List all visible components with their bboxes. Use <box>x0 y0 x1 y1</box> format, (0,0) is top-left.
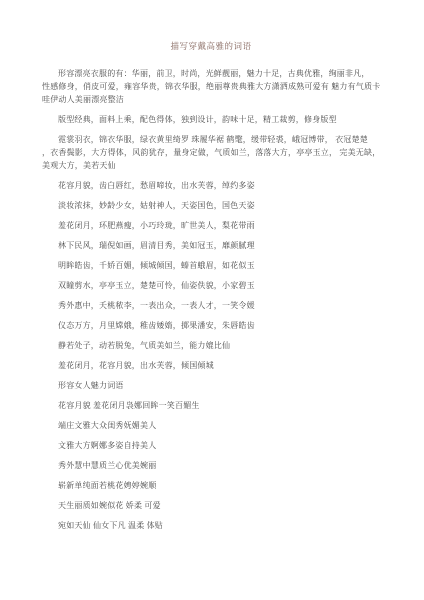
paragraph: 林下民风，瑞倪如画，眉清目秀，美如冠玉，靡颜腻理 <box>42 239 380 252</box>
text-line: 仪态万方，月里嫦娥，稚齿婑媠，掷果潘安，朱唇皓齿 <box>42 319 380 332</box>
text-line: 双瞳剪水，亭亭玉立，楚楚可怜，仙姿佚貌，小家碧玉 <box>42 279 380 292</box>
paragraph: 羞花闭月，花容月貌，出水芙蓉，倾国倾城 <box>42 359 380 372</box>
paragraph: 明眸皓齿，千娇百媚，倾城倾国，螓首蛾眉，如花似玉 <box>42 259 380 272</box>
paragraph: 双瞳剪水，亭亭玉立，楚楚可怜，仙姿佚貌，小家碧玉 <box>42 279 380 292</box>
paragraph: 端庄文雅大众闺秀妩媚美人 <box>42 419 380 432</box>
text-line: 秀外惠中，夭桃秾李，一表出众，一表人才，一笑令媛 <box>42 299 380 312</box>
text-line: 秀外慧中慧质兰心优美婉丽 <box>42 459 380 472</box>
text-line: 哇伊动人美丽漂亮整洁 <box>42 93 380 106</box>
text-line: 宛如天仙 仙女下凡 温柔 体贴 <box>42 519 380 532</box>
text-line: 性感修身，俏皮可爱，雍容华贵，锦衣华服，绝丽尊贵典雅大方潇洒成熟可爱有 魅力有气… <box>42 80 380 93</box>
paragraph: 羞花闭月，环肥燕瘦，小巧玲珑，旷世美人，梨花带雨 <box>42 219 380 232</box>
text-line: 形容女人魅力词语 <box>42 379 380 392</box>
text-line: 崭新单纯面若桃花娉婷婉顺 <box>42 479 380 492</box>
document-body: 形容漂亮衣服的有：华丽，前卫，时尚，光鲜靓丽，魅力十足，古典优雅，绚丽非凡，性感… <box>42 67 380 532</box>
text-line: 花容月貌，齿白唇红，愁眉啼妆，出水芙蓉，绰约多姿 <box>42 179 380 192</box>
document-page: 描写穿戴高雅的词语 形容漂亮衣服的有：华丽，前卫，时尚，光鲜靓丽，魅力十足，古典… <box>0 0 424 600</box>
text-line: 形容漂亮衣服的有：华丽，前卫，时尚，光鲜靓丽，魅力十足，古典优雅，绚丽非凡， <box>42 67 380 80</box>
paragraph: 秀外惠中，夭桃秾李，一表出众，一表人才，一笑令媛 <box>42 299 380 312</box>
paragraph: 淡妆浓抹，妙龄少女，姑射神人，天姿国色，国色天姿 <box>42 199 380 212</box>
text-line: 天生丽质如婉似花 娇柔 可爱 <box>42 499 380 512</box>
paragraph: 花容月貌，齿白唇红，愁眉啼妆，出水芙蓉，绰约多姿 <box>42 179 380 192</box>
paragraph: 静若处子，动若脱兔，气质美如兰，能力媲比仙 <box>42 339 380 352</box>
text-line: 美观大方，美若天仙 <box>42 159 380 172</box>
paragraph: 版型经典，面料上乘，配色得体，独到设计，韵味十足，精工裁剪，修身版型 <box>42 113 380 126</box>
paragraph: 霓裳羽衣，锦衣华服，绿衣黄里绮罗 珠履华裾 鹤氅，缓带轻裘，峨冠博带， 衣冠楚楚… <box>42 133 380 172</box>
paragraph: 形容女人魅力词语 <box>42 379 380 392</box>
paragraph: 花容月貌 羞花闭月袅娜回眸一笑百媚生 <box>42 399 380 412</box>
text-line: 明眸皓齿，千娇百媚，倾城倾国，螓首蛾眉，如花似玉 <box>42 259 380 272</box>
text-line: 林下民风，瑞倪如画，眉清目秀，美如冠玉，靡颜腻理 <box>42 239 380 252</box>
text-line: 羞花闭月，花容月貌，出水芙蓉，倾国倾城 <box>42 359 380 372</box>
text-line: 端庄文雅大众闺秀妩媚美人 <box>42 419 380 432</box>
text-line: ，衣香鬓影，大方得体，风韵犹存，量身定做，气质如兰，落落大方，亭亭玉立， 完美无… <box>42 146 380 159</box>
paragraph: 形容漂亮衣服的有：华丽，前卫，时尚，光鲜靓丽，魅力十足，古典优雅，绚丽非凡，性感… <box>42 67 380 106</box>
text-line: 版型经典，面料上乘，配色得体，独到设计，韵味十足，精工裁剪，修身版型 <box>42 113 380 126</box>
text-line: 霓裳羽衣，锦衣华服，绿衣黄里绮罗 珠履华裾 鹤氅，缓带轻裘，峨冠博带， 衣冠楚楚 <box>42 133 380 146</box>
text-line: 淡妆浓抹，妙龄少女，姑射神人，天姿国色，国色天姿 <box>42 199 380 212</box>
text-line: 静若处子，动若脱兔，气质美如兰，能力媲比仙 <box>42 339 380 352</box>
paragraph: 文雅大方婀娜多姿自持美人 <box>42 439 380 452</box>
paragraph: 天生丽质如婉似花 娇柔 可爱 <box>42 499 380 512</box>
paragraph: 宛如天仙 仙女下凡 温柔 体贴 <box>42 519 380 532</box>
document-title: 描写穿戴高雅的词语 <box>42 40 380 53</box>
text-line: 花容月貌 羞花闭月袅娜回眸一笑百媚生 <box>42 399 380 412</box>
paragraph: 仪态万方，月里嫦娥，稚齿婑媠，掷果潘安，朱唇皓齿 <box>42 319 380 332</box>
paragraph: 秀外慧中慧质兰心优美婉丽 <box>42 459 380 472</box>
text-line: 羞花闭月，环肥燕瘦，小巧玲珑，旷世美人，梨花带雨 <box>42 219 380 232</box>
paragraph: 崭新单纯面若桃花娉婷婉顺 <box>42 479 380 492</box>
text-line: 文雅大方婀娜多姿自持美人 <box>42 439 380 452</box>
